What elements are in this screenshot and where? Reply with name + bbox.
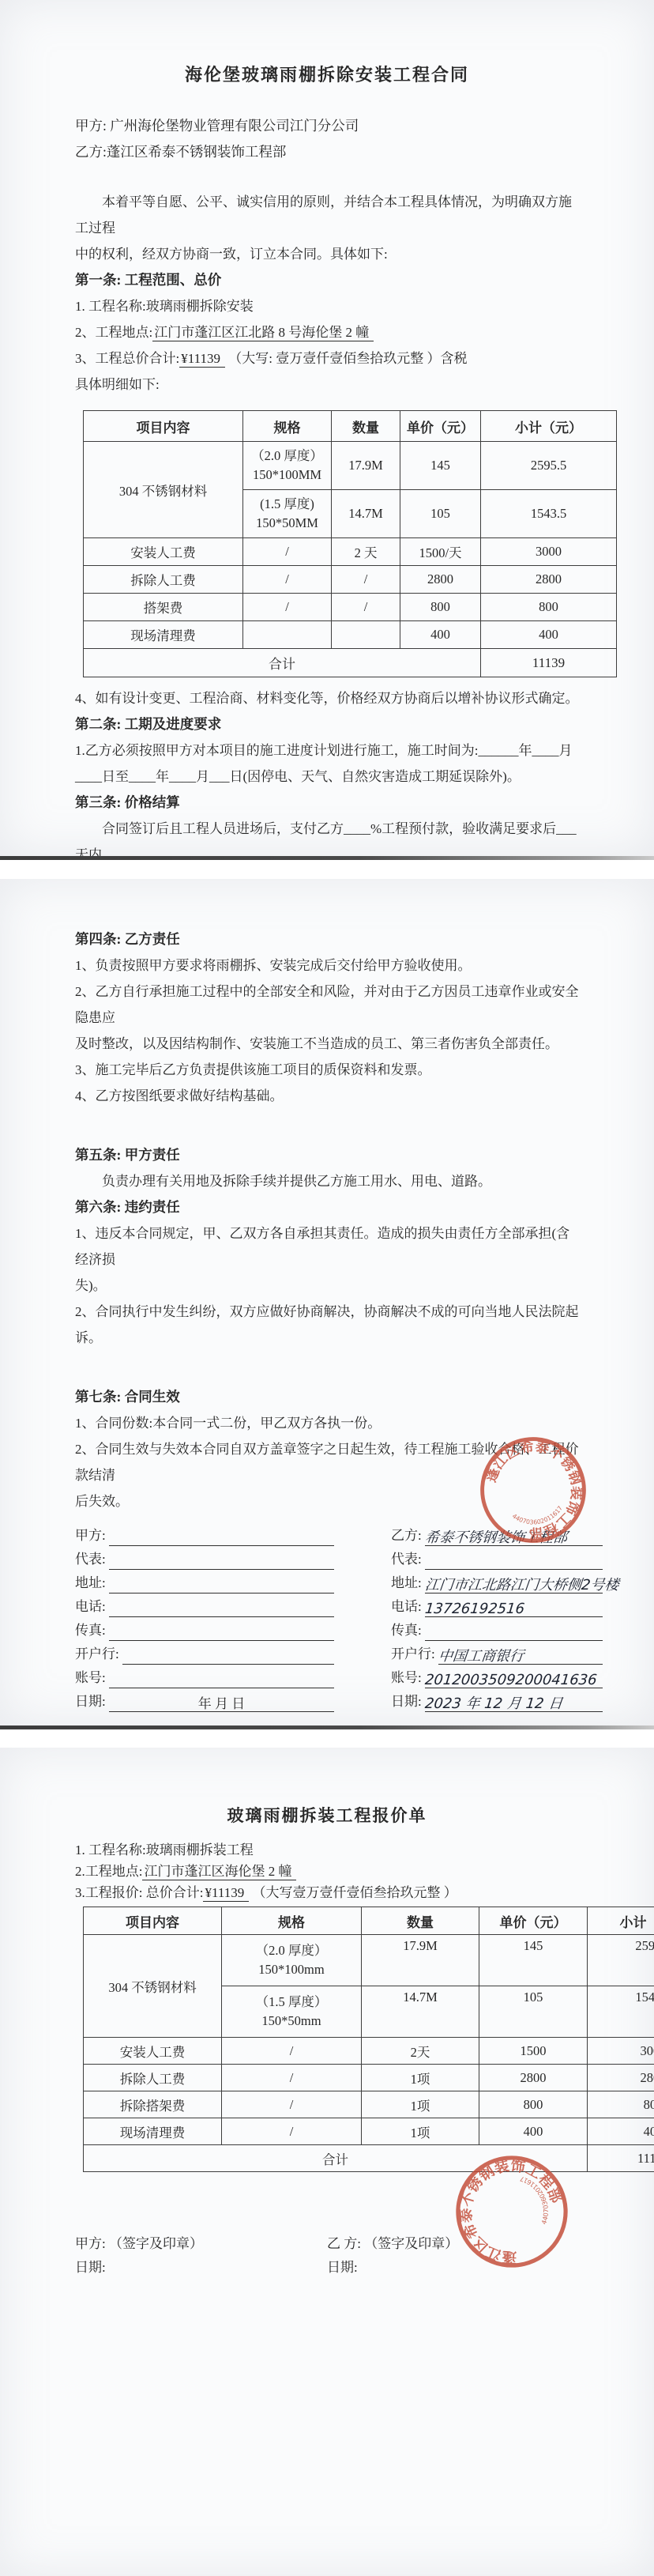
field-value: 2023 年 12 月 12 日 (425, 1694, 603, 1712)
clause2-heading: 第二条: 工期及进度要求 (75, 711, 579, 737)
preamble-line-2: 中的权利，经双方协商一致，订立本合同。具体如下: (75, 241, 579, 267)
spec-cell: / (243, 594, 332, 621)
table-row: 拆除搭架费 / 1项 800 800 (84, 2091, 654, 2118)
clause1-heading: 第一条: 工程范围、总价 (75, 267, 579, 293)
col-spec: 规格 (243, 411, 332, 442)
clause4-item2-line1: 2、乙方自行承担施工过程中的全部安全和风险，并对由于乙方因员工违章作业或安全隐患… (75, 979, 579, 1031)
price-cell: 800 (400, 594, 481, 621)
quotation-page: 玻璃雨棚拆装工程报价单 1. 工程名称:玻璃雨棚拆装工程 2.工程地点:江门市蓬… (0, 1748, 654, 2576)
clause4-item3: 3、施工完毕后乙方负责提供该施工项目的质保资料和发票。 (75, 1057, 579, 1083)
spec-line2: 150*50mm (225, 2012, 358, 2031)
contract-page-2: 第四条: 乙方责任 1、负责按照甲方要求将雨棚拆、安装完成后交付给甲方验收使用。… (0, 879, 654, 1726)
party-b-value: 蓬江区希泰不锈钢装饰工程部 (107, 144, 287, 160)
fee-name: 现场清理费 (84, 2118, 222, 2145)
party-a-line: 甲方: 广州海伦堡物业管理有限公司江门分公司 (75, 113, 579, 139)
col-price: 单价（元） (400, 411, 481, 442)
spec-line1: （1.5 厚度） (225, 1993, 358, 2012)
spec-line1: （2.0 厚度） (225, 1941, 358, 1960)
clause4-item2-line2: 及时整改，以及因结构制作、安装施工不当造成的员工、第三者伤害负全部责任。 (75, 1031, 579, 1057)
price-cell: 400 (400, 621, 481, 649)
qty-cell (332, 621, 400, 649)
total-label: 合计 (84, 649, 481, 677)
clause4-item4: 4、乙方按图纸要求做好结构基础。 (75, 1083, 579, 1109)
price-cell: 145 (479, 1935, 588, 1986)
table-row: 拆除人工费 / 1项 2800 2800 (84, 2065, 654, 2091)
item3-tail: （大写: 壹万壹仟壹佰叁拾玖元整 ）含税 (228, 351, 467, 366)
table-row: 现场清理费 400 400 (84, 621, 617, 649)
quote-item3: 3.工程报价: 总价合计:¥11139 （大写壹万壹仟壹佰叁拾玖元整 ） (75, 1882, 579, 1903)
price-cell: 105 (479, 1986, 588, 2038)
spec-cell: / (222, 2065, 362, 2091)
scanned-contract: 海伦堡玻璃雨棚拆除安装工程合同 甲方: 广州海伦堡物业管理有限公司江门分公司 乙… (0, 0, 654, 2576)
clause6-item1-line1: 1、违反本合同规定，甲、乙双方各自承担其责任。造成的损失由责任方全部承担(含经济… (75, 1220, 579, 1273)
party-a-sign-area: 甲方: （签字及印章） 日期: (75, 2232, 327, 2280)
field-label: 开户行: (75, 1646, 119, 1661)
col-qty: 数量 (362, 1907, 479, 1935)
contract-title: 海伦堡玻璃雨棚拆除安装工程合同 (0, 0, 654, 86)
col-qty: 数量 (332, 411, 400, 442)
clause7-heading: 第七条: 合同生效 (75, 1384, 579, 1410)
qty-cell: 17.9M (362, 1935, 479, 1986)
field-label: 甲方: (75, 1528, 106, 1543)
subtotal-cell: 1543.5 (481, 490, 617, 538)
field-label: 传真: (391, 1623, 422, 1638)
quotation-signature-block: 甲方: （签字及印章） 日期: 乙 方: （签字及印章） 日期: (75, 2232, 579, 2280)
total-value: 11139 (481, 649, 617, 677)
qty-cell: 2天 (362, 2038, 479, 2065)
clause6-item2: 2、合同执行中发生纠纷，双方应做好协商解决，协商解决不成的可向当地人民法院起诉。 (75, 1299, 579, 1351)
field-value: 2012003509200041636 (425, 1670, 603, 1688)
clause2-line1: 1.乙方必须按照甲方对本项目的施工进度计划进行施工，施工时间为:______年_… (75, 737, 579, 764)
handwritten-account: 2012003509200041636 (424, 1673, 598, 1688)
spec-cell: / (222, 2091, 362, 2118)
party-b-date-line: 日期: (327, 2256, 579, 2280)
qty-cell: 14.7M (362, 1986, 479, 2038)
clause7-item2-line1: 2、合同生效与失效本合同自双方盖章签字之日起生效，待工程施工验收合格、工程价款结… (75, 1436, 579, 1488)
item2-label: 2.工程地点: (75, 1864, 142, 1879)
field-value (425, 1552, 603, 1570)
price-cell: 2800 (479, 2065, 588, 2091)
field-label: 地址: (391, 1575, 422, 1590)
fee-name: 拆除人工费 (84, 2065, 222, 2091)
spec-line2: 150*50MM (246, 514, 328, 533)
subtotal-cell: 3000 (588, 2038, 654, 2065)
field-label: 日期: (391, 1694, 422, 1709)
price-cell: 105 (400, 490, 481, 538)
party-a-sign-line: 甲方: （签字及印章） (75, 2232, 327, 2256)
spec-line2: 150*100MM (246, 466, 328, 485)
col-spec: 规格 (222, 1907, 362, 1935)
quotation-title: 玻璃雨棚拆装工程报价单 (0, 1748, 654, 1827)
quote-item1: 1. 工程名称:玻璃雨棚拆装工程 (75, 1839, 579, 1861)
clause6-item1-line2: 失)。 (75, 1273, 579, 1299)
party-a-signature-column: 甲方: 代表: 地址: 电话: 传真: 开户行: 账号: 日期: 年 月 日 (75, 1526, 391, 1715)
handwritten-company: 希泰不锈钢装饰工程部 (424, 1530, 568, 1546)
spec-cell: / (222, 2118, 362, 2145)
quotation-table: 项目内容 规格 数量 单价（元） 小计（元） 304 不锈钢材料 （2.0 厚度… (83, 1907, 654, 2172)
quote-total-price: ¥11139 (203, 1885, 249, 1902)
handwritten-address: 江门市江北路江门大桥侧2号楼 (424, 1578, 620, 1593)
subtotal-cell: 800 (588, 2091, 654, 2118)
party-b-line: 乙方:蓬江区希泰不锈钢装饰工程部 (75, 139, 579, 165)
price-cell: 1500/天 (400, 538, 481, 566)
qty-cell: / (332, 566, 400, 594)
field-value: 中国工商银行 (438, 1646, 603, 1665)
spec-cell: / (243, 566, 332, 594)
field-value (109, 1599, 334, 1617)
material-name: 304 不锈钢材料 (84, 1935, 222, 2038)
stamp-number: 440703602011617 (511, 2170, 561, 2228)
field-label: 代表: (75, 1552, 106, 1567)
field-value: 13726192516 (425, 1599, 603, 1617)
spec-cell: （2.0 厚度） 150*100MM (243, 442, 332, 490)
clause1-item2: 2、工程地点:江门市蓬江区江北路 8 号海伦堡 2 幢 (75, 319, 579, 345)
preamble-line-1: 本着平等自愿、公平、诚实信用的原则，并结合本工程具体情况，为明确双方施工过程 (75, 189, 579, 241)
field-value: 年 月 日 (109, 1694, 334, 1712)
detail-note: 具体明细如下: (75, 372, 579, 398)
spec-line2: 150*100mm (225, 1960, 358, 1979)
table-header-row: 项目内容 规格 数量 单价（元） 小计（元） (84, 411, 617, 442)
subtotal-cell: 2800 (481, 566, 617, 594)
clause2-line2: ____日至____年____月___日(因停电、天气、自然灾害造成工期延误除外… (75, 764, 579, 790)
party-b-signature-column: 乙方: 希泰不锈钢装饰工程部 代表: 地址: 江门市江北路江门大桥侧2号楼 电话… (391, 1526, 628, 1715)
spec-cell: / (222, 2038, 362, 2065)
subtotal-cell: 2595.5 (481, 442, 617, 490)
clause6-heading: 第六条: 违约责任 (75, 1194, 579, 1220)
field-label: 传真: (75, 1623, 106, 1638)
field-value (122, 1646, 334, 1665)
svg-text:440703602011617: 440703602011617 (511, 2170, 561, 2228)
col-subtotal: 小计（元） (481, 411, 617, 442)
subtotal-cell: 400 (588, 2118, 654, 2145)
clause5-body: 负责办理有关用地及拆除手续并提供乙方施工用水、用电、道路。 (75, 1168, 579, 1194)
clause4-item1: 1、负责按照甲方要求将雨棚拆、安装完成后交付给甲方验收使用。 (75, 952, 579, 979)
field-value (425, 1623, 603, 1641)
table-row: 安装人工费 / 2 天 1500/天 3000 (84, 538, 617, 566)
field-label: 代表: (391, 1552, 422, 1567)
qty-cell: 17.9M (332, 442, 400, 490)
spec-cell: (1.5 厚度) 150*50MM (243, 490, 332, 538)
handwritten-bank: 中国工商银行 (438, 1649, 524, 1665)
spec-cell: （1.5 厚度） 150*50mm (222, 1986, 362, 2038)
quote-item2: 2.工程地点:江门市蓬江区海伦堡 2 幢 (75, 1861, 579, 1882)
fee-name: 现场清理费 (84, 621, 243, 649)
field-value (109, 1552, 334, 1570)
clause4-heading: 第四条: 乙方责任 (75, 879, 579, 952)
clause7-item1: 1、合同份数:本合同一式二份，甲乙双方各执一份。 (75, 1410, 579, 1436)
clause3-heading: 第三条: 价格结算 (75, 790, 579, 816)
clause5-heading: 第五条: 甲方责任 (75, 1142, 579, 1168)
price-cell: 1500 (479, 2038, 588, 2065)
fee-name: 安装人工费 (84, 538, 243, 566)
qty-cell: 1项 (362, 2091, 479, 2118)
subtotal-cell: 800 (481, 594, 617, 621)
table-total-row: 合计 11139 (84, 649, 617, 677)
price-table: 项目内容 规格 数量 单价（元） 小计（元） 304 不锈钢材料 （2.0 厚度… (83, 410, 617, 677)
field-value (109, 1670, 334, 1688)
spec-line1: (1.5 厚度) (246, 495, 328, 514)
item3-label: 3.工程报价: 总价合计: (75, 1885, 203, 1900)
table-row: 安装人工费 / 2天 1500 3000 (84, 2038, 654, 2065)
party-a-value: 广州海伦堡物业管理有限公司江门分公司 (110, 118, 359, 134)
item3-tail: （大写壹万壹仟壹佰叁拾玖元整 ） (252, 1885, 457, 1900)
party-b-sign-area: 乙 方: （签字及印章） 日期: (327, 2232, 579, 2280)
fee-name: 拆除搭架费 (84, 2091, 222, 2118)
qty-cell: 2 天 (332, 538, 400, 566)
field-value: 江门市江北路江门大桥侧2号楼 (425, 1575, 603, 1593)
party-b-label: 乙方: (75, 144, 107, 160)
qty-cell: / (332, 594, 400, 621)
clause1-item4: 4、如有设计变更、工程洽商、材料变化等，价格经双方协商后以增补协议形式确定。 (75, 685, 579, 711)
handwritten-phone: 13726192516 (424, 1601, 525, 1617)
field-label: 乙方: (391, 1528, 422, 1543)
subtotal-cell: 2595.5 (588, 1935, 654, 1986)
qty-cell: 14.7M (332, 490, 400, 538)
price-cell: 800 (479, 2091, 588, 2118)
qty-cell: 1项 (362, 2065, 479, 2091)
col-item: 项目内容 (84, 1907, 222, 1935)
fee-name: 安装人工费 (84, 2038, 222, 2065)
contract-page-1: 海伦堡玻璃雨棚拆除安装工程合同 甲方: 广州海伦堡物业管理有限公司江门分公司 乙… (0, 0, 654, 856)
col-price: 单价（元） (479, 1907, 588, 1935)
table-row: 拆除人工费 / / 2800 2800 (84, 566, 617, 594)
clause1-item3: 3、工程总价合计:¥11139 （大写: 壹万壹仟壹佰叁拾玖元整 ）含税 (75, 345, 579, 372)
table-total-row: 合计 11139 (84, 2145, 654, 2172)
clause3-line1: 合同签订后且工程人员进场后，支付乙方____%工程预付款，验收满足要求后___天… (75, 816, 579, 856)
spec-cell: / (243, 538, 332, 566)
fee-name: 搭架费 (84, 594, 243, 621)
field-label: 账号: (75, 1670, 106, 1685)
field-label: 账号: (391, 1670, 422, 1685)
quote-location: 江门市蓬江区海伦堡 2 幢 (142, 1864, 296, 1880)
item3-label: 3、工程总价合计: (75, 351, 179, 366)
total-value: 11139 (588, 2145, 654, 2172)
clause1-item1: 1. 工程名称:玻璃雨棚拆除安装 (75, 293, 579, 319)
item2-label: 2、工程地点: (75, 325, 152, 340)
field-value (109, 1528, 334, 1546)
subtotal-cell: 400 (481, 621, 617, 649)
subtotal-cell: 3000 (481, 538, 617, 566)
subtotal-cell: 1543.5 (588, 1986, 654, 2038)
table-row: 304 不锈钢材料 （2.0 厚度） 150*100mm 17.9M 145 2… (84, 1935, 654, 1986)
table-row: 搭架费 / / 800 800 (84, 594, 617, 621)
material-name: 304 不锈钢材料 (84, 442, 243, 538)
project-location: 江门市蓬江区江北路 8 号海伦堡 2 幢 (152, 325, 374, 341)
page-divider (0, 856, 654, 879)
party-a-date-line: 日期: (75, 2256, 327, 2280)
qty-cell: 1项 (362, 2118, 479, 2145)
table-header-row: 项目内容 规格 数量 单价（元） 小计（元） (84, 1907, 654, 1935)
price-cell: 400 (479, 2118, 588, 2145)
party-a-label: 甲方: (75, 118, 107, 134)
field-label: 地址: (75, 1575, 106, 1590)
signature-block: 甲方: 代表: 地址: 电话: 传真: 开户行: 账号: 日期: 年 月 日 乙… (75, 1526, 654, 1715)
field-value (109, 1623, 334, 1641)
party-b-sign-line: 乙 方: （签字及印章） (327, 2232, 579, 2256)
field-label: 电话: (391, 1599, 422, 1614)
field-value: 希泰不锈钢装饰工程部 (425, 1528, 603, 1546)
total-label: 合计 (84, 2145, 588, 2172)
spec-cell: （2.0 厚度） 150*100mm (222, 1935, 362, 1986)
handwritten-date: 2023 年 12 月 12 日 (424, 1696, 563, 1712)
total-price: ¥11139 (179, 351, 225, 368)
table-row: 现场清理费 / 1项 400 400 (84, 2118, 654, 2145)
field-label: 日期: (75, 1694, 106, 1709)
col-subtotal: 小计（元） (588, 1907, 654, 1935)
field-value (109, 1575, 334, 1593)
spec-line1: （2.0 厚度） (246, 447, 328, 466)
col-item: 项目内容 (84, 411, 243, 442)
subtotal-cell: 2800 (588, 2065, 654, 2091)
clause7-item2-line2: 后失效。 (75, 1488, 579, 1514)
field-label: 开户行: (391, 1646, 435, 1661)
table-row: 304 不锈钢材料 （2.0 厚度） 150*100MM 17.9M 145 2… (84, 442, 617, 490)
page-divider (0, 1726, 654, 1748)
field-label: 电话: (75, 1599, 106, 1614)
fee-name: 拆除人工费 (84, 566, 243, 594)
spec-cell (243, 621, 332, 649)
price-cell: 145 (400, 442, 481, 490)
price-cell: 2800 (400, 566, 481, 594)
